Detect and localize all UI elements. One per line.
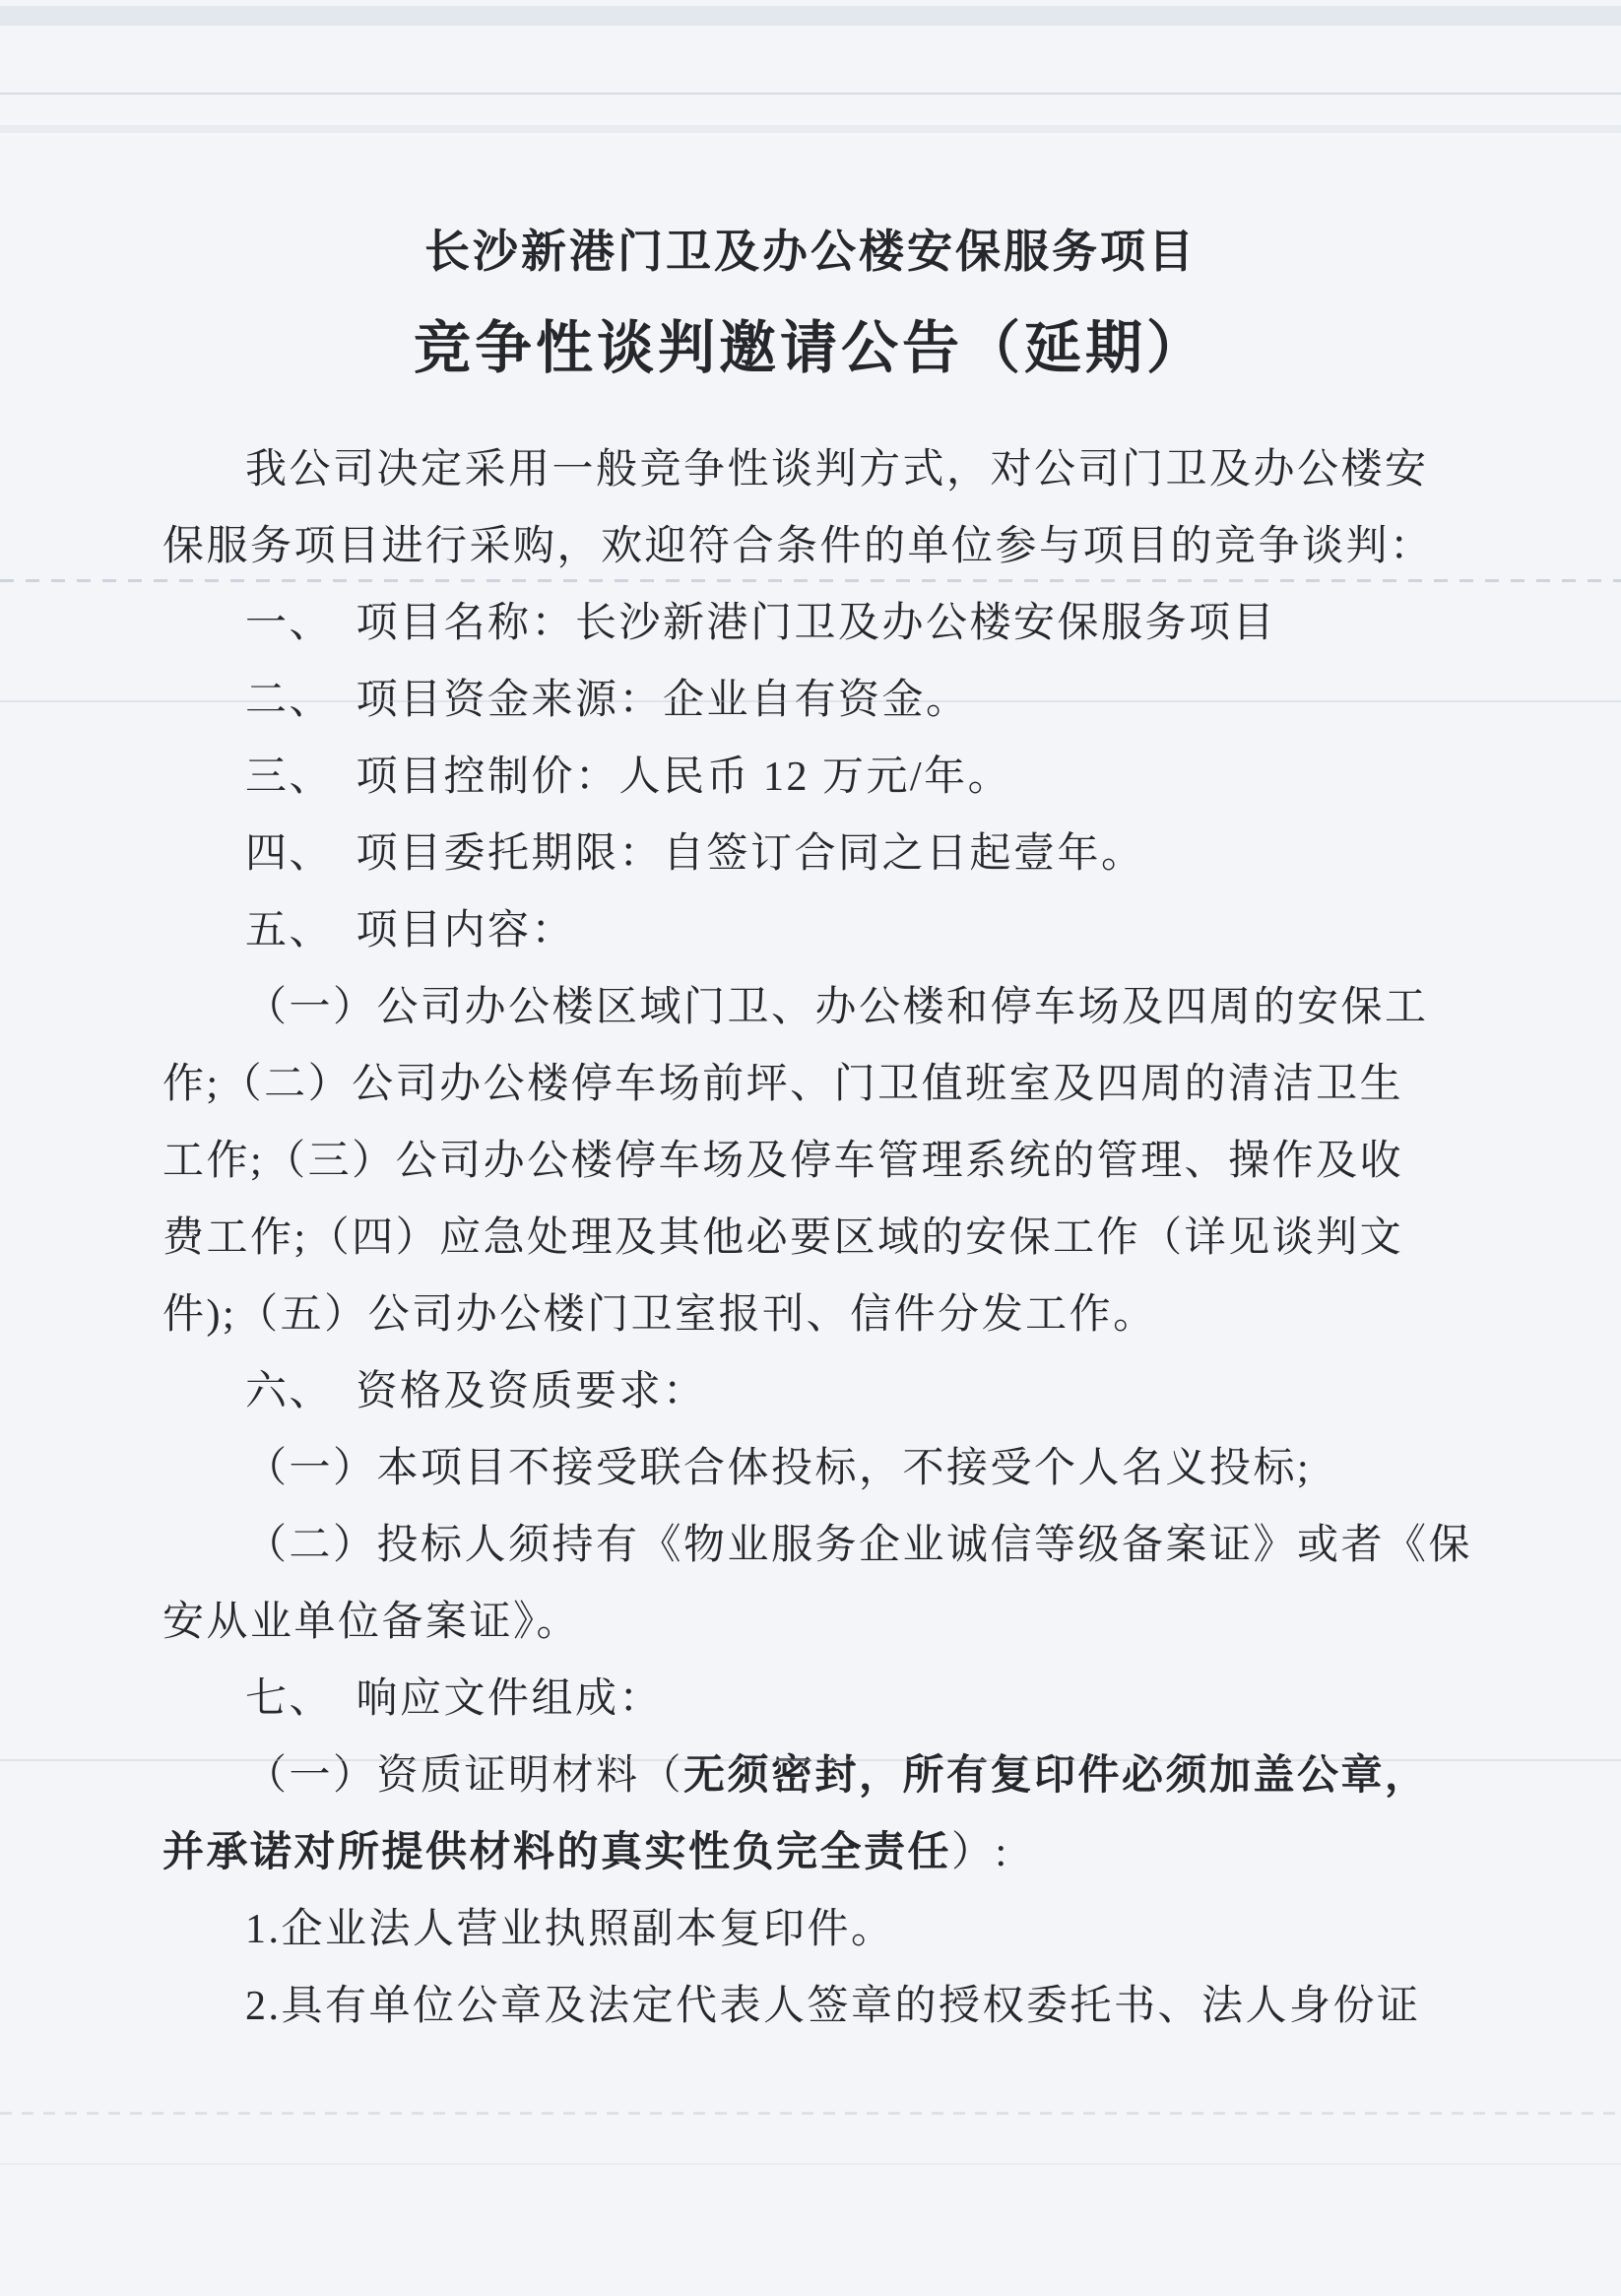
bold-text-segment: 无须密封，所有复印件必须加盖公章， [683,1753,1429,1799]
scan-artifact-line [0,2112,1621,2115]
body-line: （一）资质证明材料（无须密封，所有复印件必须加盖公章， [162,1738,1483,1814]
body-line: （一）公司办公楼区域门卫、办公楼和停车场及四周的安保工 [162,969,1483,1046]
scan-artifact-line [0,2163,1621,2165]
text-segment: 我公司决定采用一般竞争性谈判方式，对公司门卫及办公楼安 [245,447,1429,492]
body-line: 工作;（三）公司办公楼停车场及停车管理系统的管理、操作及收 [162,1123,1483,1200]
scan-artifact-line [0,93,1621,95]
body-line: 四、 项目委托期限：自签订合同之日起壹年。 [162,816,1483,892]
body-line: 我公司决定采用一般竞争性谈判方式，对公司门卫及办公楼安 [162,431,1483,508]
body-line: 五、 项目内容： [162,892,1483,969]
body-line: 件);（五）公司办公楼门卫室报刊、信件分发工作。 [162,1277,1483,1353]
text-segment: 二、 项目资金来源：企业自有资金。 [245,678,970,723]
scan-artifact-line [0,6,1621,26]
text-segment: 七、 响应文件组成： [245,1676,663,1722]
bold-text-segment: 并承诺对所提供材料的真实性负完全责任 [162,1830,951,1875]
body-line: 七、 响应文件组成： [162,1661,1483,1738]
text-segment: 费工作;（四）应急处理及其他必要区域的安保工作（详见谈判文 [162,1215,1403,1261]
text-segment: 一、 项目名称：长沙新港门卫及办公楼安保服务项目 [245,601,1276,646]
text-segment: 六、 资格及资质要求： [245,1369,707,1414]
body-line: 费工作;（四）应急处理及其他必要区域的安保工作（详见谈判文 [162,1200,1483,1277]
document-body: 我公司决定采用一般竞争性谈判方式，对公司门卫及办公楼安保服务项目进行采购，欢迎符… [162,431,1483,2045]
body-line: 六、 资格及资质要求： [162,1353,1483,1430]
body-line: （二）投标人须持有《物业服务企业诚信等级备案证》或者《保 [162,1507,1483,1584]
body-line: 作;（二）公司办公楼停车场前坪、门卫值班室及四周的清洁卫生 [162,1046,1483,1123]
text-segment: 保服务项目进行采购，欢迎符合条件的单位参与项目的竞争谈判： [162,524,1434,569]
text-segment: （一）本项目不接受联合体投标，不接受个人名义投标; [245,1446,1311,1491]
text-segment: 1.企业法人营业执照副本复印件。 [245,1907,895,1952]
text-segment: （一）公司办公楼区域门卫、办公楼和停车场及四周的安保工 [245,985,1429,1030]
text-segment: （一）资质证明材料（ [245,1753,683,1799]
body-line: 一、 项目名称：长沙新港门卫及办公楼安保服务项目 [162,585,1483,662]
body-line: 安从业单位备案证》。 [162,1584,1483,1661]
text-segment: 安从业单位备案证》。 [162,1600,580,1645]
body-line: 三、 项目控制价：人民币 12 万元/年。 [162,739,1483,816]
scan-artifact-line [0,125,1621,133]
text-segment: 工作;（三）公司办公楼停车场及停车管理系统的管理、操作及收 [162,1139,1403,1184]
body-line: 二、 项目资金来源：企业自有资金。 [162,662,1483,739]
text-segment: 三、 项目控制价：人民币 12 万元/年。 [245,754,1011,800]
text-segment: 2.具有单位公章及法定代表人签章的授权委托书、法人身份证 [245,1984,1421,2029]
body-line: 保服务项目进行采购，欢迎符合条件的单位参与项目的竞争谈判： [162,508,1483,585]
text-segment: 五、 项目内容： [245,908,575,953]
text-segment: 件);（五）公司办公楼门卫室报刊、信件分发工作。 [162,1292,1157,1338]
body-line: （一）本项目不接受联合体投标，不接受个人名义投标; [162,1430,1483,1507]
scanned-document-page: 长沙新港门卫及办公楼安保服务项目 竞争性谈判邀请公告（延期） 我公司决定采用一般… [0,0,1621,2296]
text-segment: 作;（二）公司办公楼停车场前坪、门卫值班室及四周的清洁卫生 [162,1062,1403,1107]
document-title-line2: 竞争性谈判邀请公告（延期） [0,307,1621,390]
text-segment: 四、 项目委托期限：自签订合同之日起壹年。 [245,831,1145,877]
body-line: 1.企业法人营业执照副本复印件。 [162,1891,1483,1968]
text-segment: ）: [951,1830,1009,1875]
text-segment: （二）投标人须持有《物业服务企业诚信等级备案证》或者《保 [245,1523,1472,1568]
body-line: 2.具有单位公章及法定代表人签章的授权委托书、法人身份证 [162,1968,1483,2045]
body-line: 并承诺对所提供材料的真实性负完全责任）: [162,1814,1483,1891]
document-title-line1: 长沙新港门卫及办公楼安保服务项目 [0,223,1621,282]
